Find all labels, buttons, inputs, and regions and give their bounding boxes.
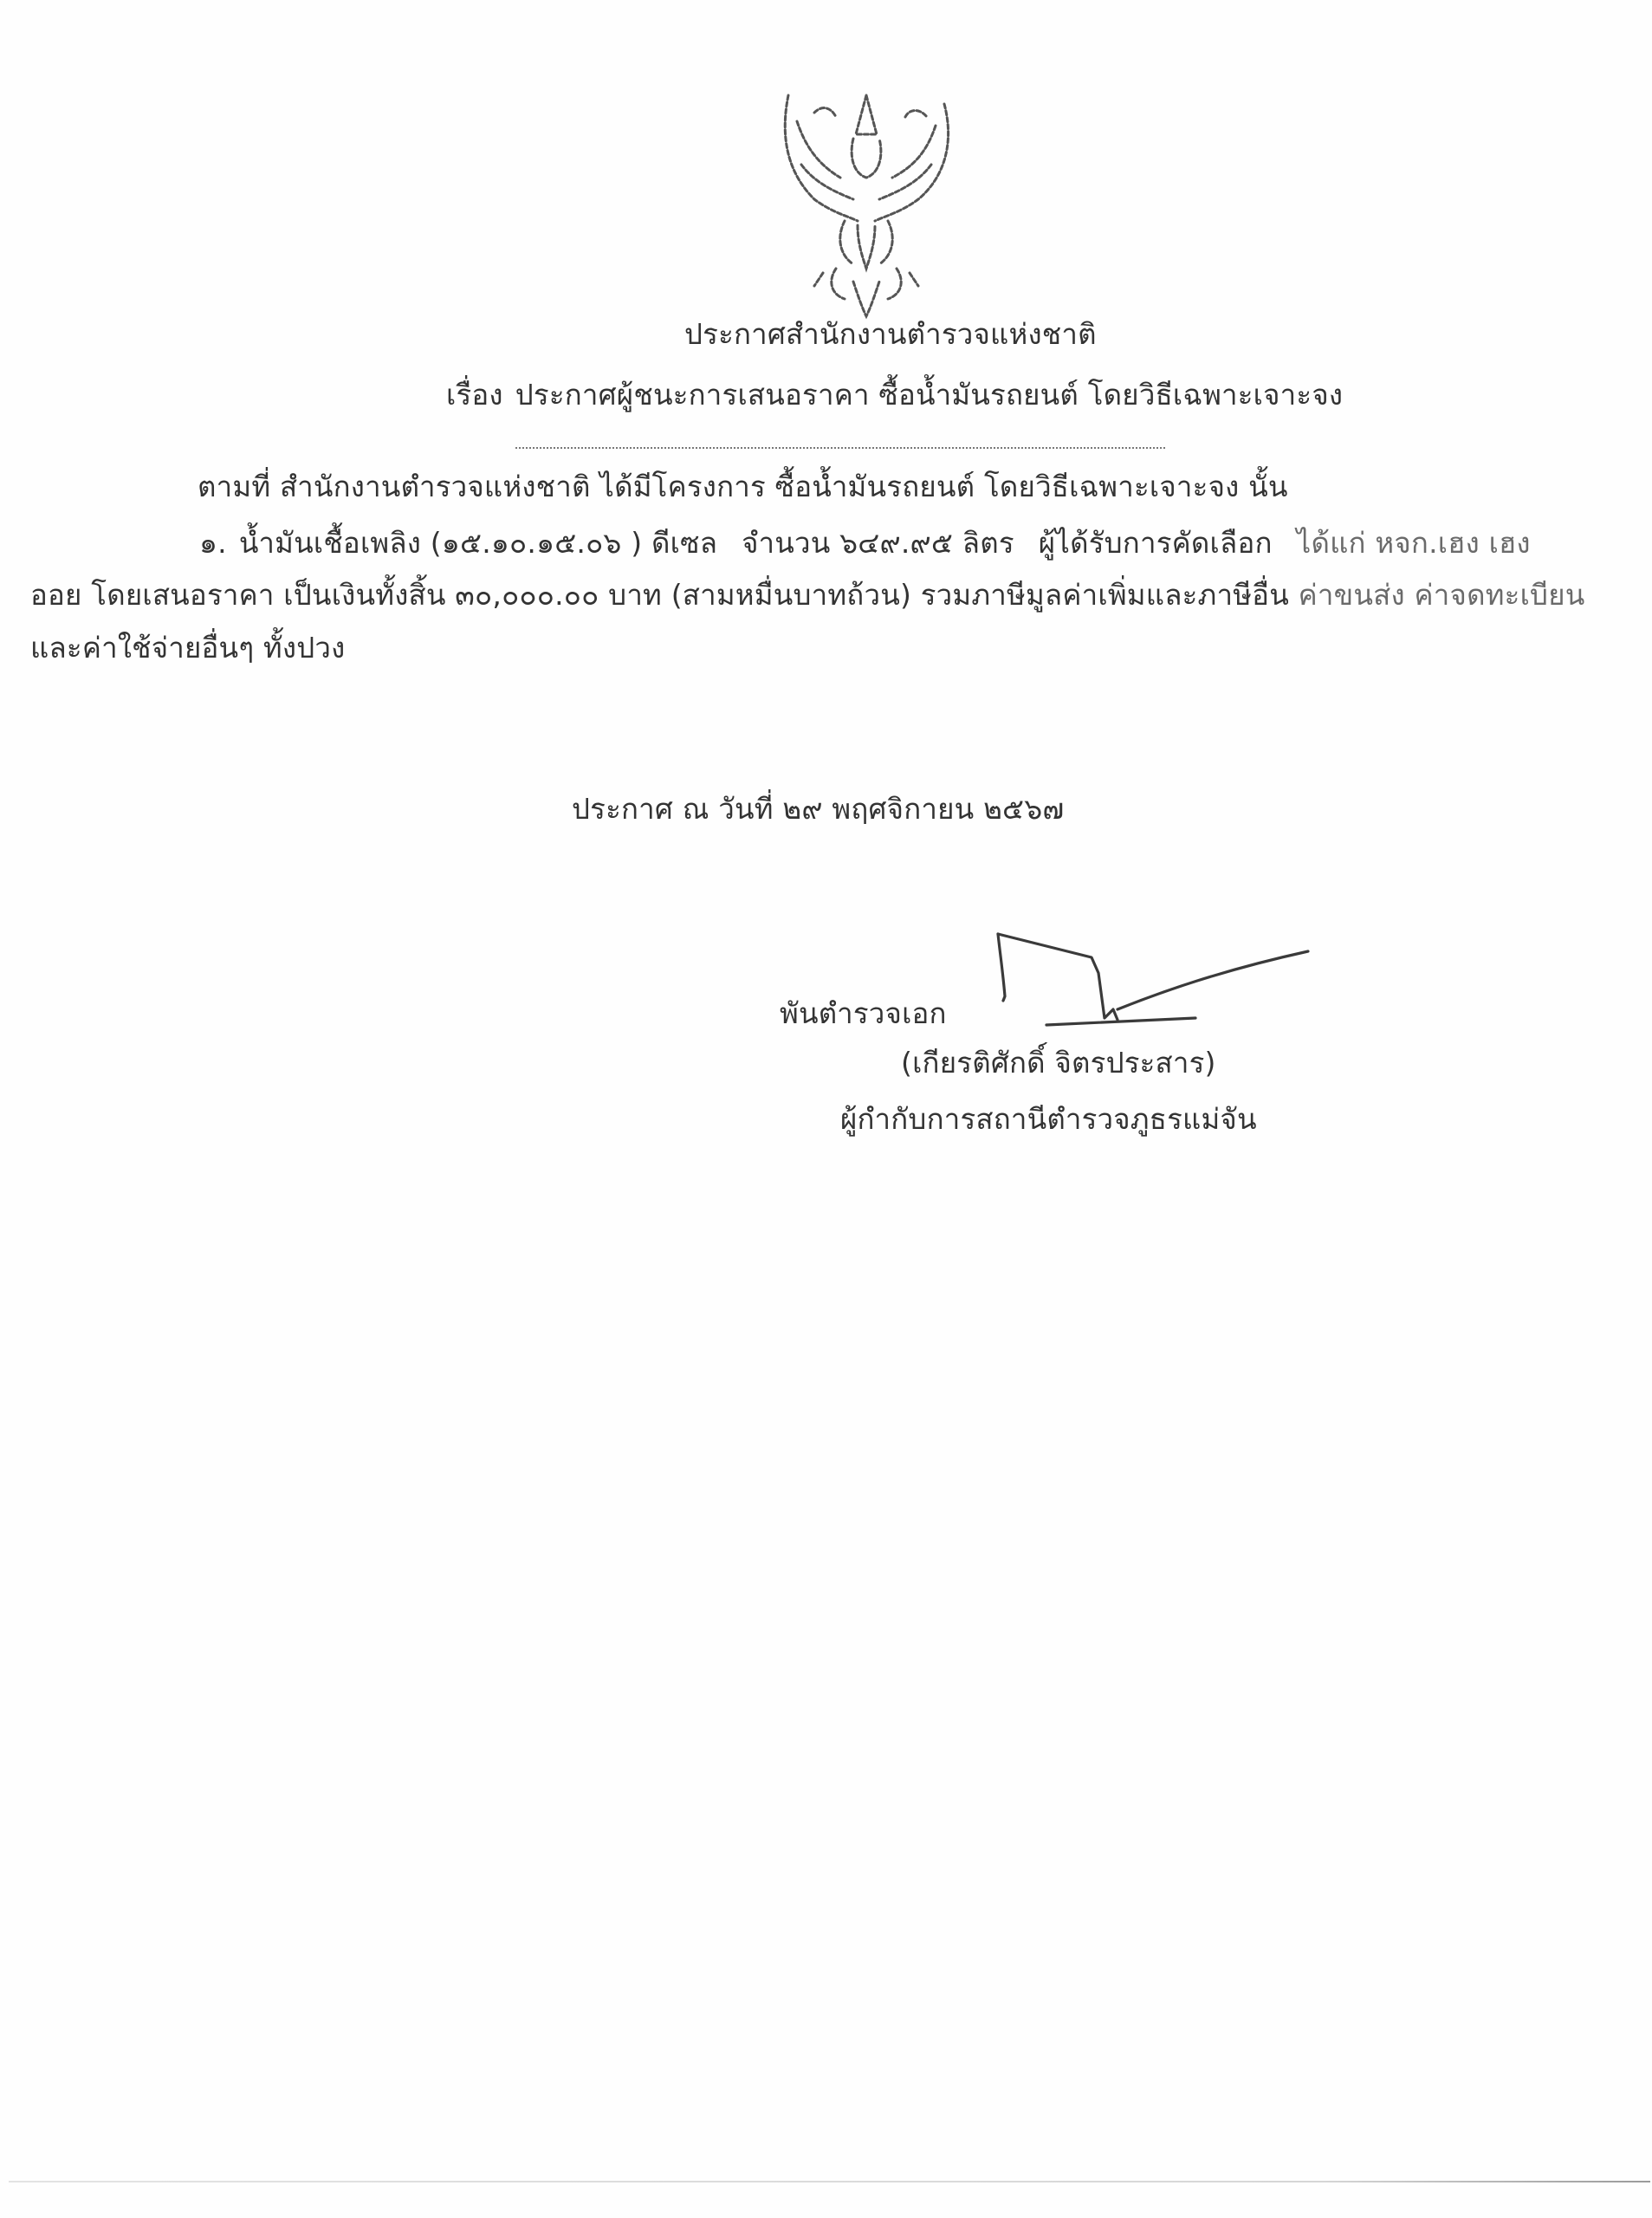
header-subject: เรื่องประกาศผู้ชนะการเสนอราคา ซื้อน้ำมัน… xyxy=(446,376,1343,414)
item-number: ๑. xyxy=(199,526,227,560)
signatory-position: ผู้กำกับการสถานีตำรวจภูธรแม่จัน xyxy=(840,1100,1257,1138)
intro-paragraph: ตามที่ สำนักงานตำรวจแห่งชาติ ได้มีโครงกา… xyxy=(198,468,1288,506)
header-separator xyxy=(515,447,1165,449)
winner-name: ได้แก่ หจก.เฮง เฮง xyxy=(1297,526,1531,560)
signatory-name: (เกียรติศักดิ์ จิตรประสาร) xyxy=(901,1044,1216,1082)
handwritten-signature-icon xyxy=(936,923,1317,1035)
item-1: ๑.น้ำมันเชื้อเพลิง (๑๕.๑๐.๑๕.๐๖ ) ดีเซลจ… xyxy=(199,524,1531,562)
item-quantity: จำนวน ๖๔๙.๙๕ ลิตร xyxy=(742,526,1014,560)
expenses-line: และค่าใช้จ่ายอื่นๆ ทั้งปวง xyxy=(30,629,345,667)
garuda-emblem-icon xyxy=(762,69,970,321)
price-extras: ค่าขนส่ง ค่าจดทะเบียน xyxy=(1289,578,1585,612)
subject-label: เรื่อง xyxy=(446,378,503,412)
subject-text: ประกาศผู้ชนะการเสนอราคา ซื้อน้ำมันรถยนต์… xyxy=(515,378,1343,412)
price-line: ออย โดยเสนอราคา เป็นเงินทั้งสิ้น ๓๐,๐๐๐.… xyxy=(30,576,1585,614)
winner-label: ผู้ได้รับการคัดเลือก xyxy=(1039,526,1273,560)
document-page: ประกาศสำนักงานตำรวจแห่งชาติ เรื่องประกาศ… xyxy=(0,0,1652,2218)
scan-edge-line xyxy=(9,2181,1650,2182)
announcement-date: ประกาศ ณ วันที่ ๒๙ พฤศจิกายน ๒๕๖๗ xyxy=(572,790,1064,828)
signatory-rank: พันตำรวจเอก xyxy=(780,995,947,1033)
price-text: ออย โดยเสนอราคา เป็นเงินทั้งสิ้น ๓๐,๐๐๐.… xyxy=(30,578,1289,612)
header-agency: ประกาศสำนักงานตำรวจแห่งชาติ xyxy=(684,315,1097,353)
item-description: น้ำมันเชื้อเพลิง (๑๕.๑๐.๑๕.๐๖ ) ดีเซล xyxy=(239,526,717,560)
